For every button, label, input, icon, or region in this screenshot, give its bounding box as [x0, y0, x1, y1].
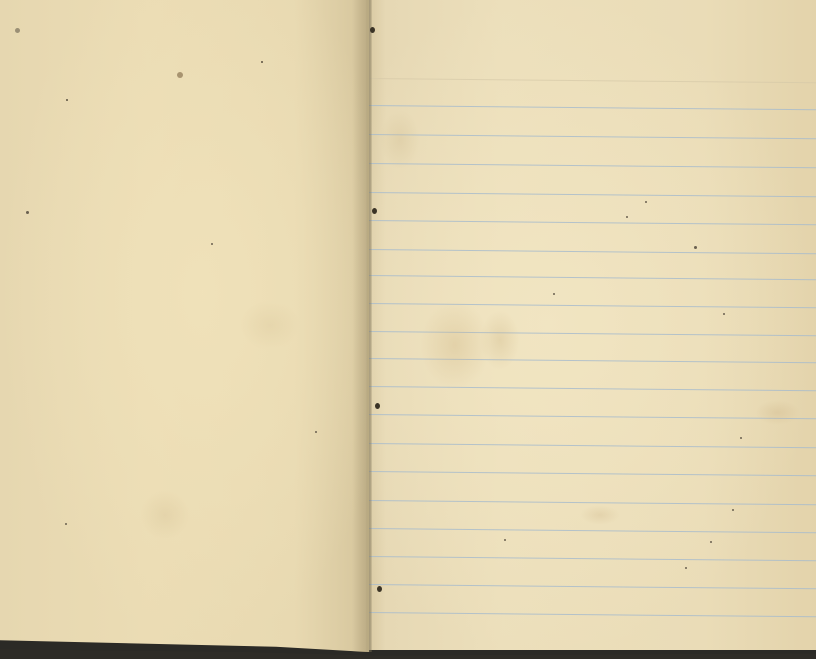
binding-hole: [370, 27, 375, 33]
speck: [261, 61, 263, 63]
ruled-line: [368, 275, 816, 280]
ruled-line: [368, 414, 816, 419]
speck: [15, 28, 20, 33]
speck: [504, 539, 506, 541]
gutter-shadow: [352, 0, 372, 652]
ruled-line: [368, 443, 816, 448]
notebook-spread: [0, 0, 816, 659]
ruled-line: [368, 584, 816, 589]
speck: [694, 246, 697, 249]
ruled-line: [368, 556, 816, 561]
ruled-line: [368, 78, 816, 83]
ruled-line: [368, 500, 816, 505]
stain: [480, 310, 520, 370]
speck: [626, 216, 628, 218]
stain: [140, 490, 190, 540]
speck: [66, 99, 68, 101]
speck: [645, 201, 647, 203]
left-page: [0, 0, 368, 652]
speck: [26, 211, 29, 214]
speck: [211, 243, 213, 245]
speck: [723, 313, 725, 315]
page-edge: [367, 0, 369, 652]
speck: [710, 541, 712, 543]
ruled-line: [368, 192, 816, 197]
ruled-line: [368, 163, 816, 168]
ruled-line: [368, 249, 816, 254]
stain: [755, 400, 800, 425]
binding-hole: [375, 403, 380, 409]
speck: [732, 509, 734, 511]
ruled-line: [368, 528, 816, 533]
ruled-line: [368, 386, 816, 391]
stain: [240, 300, 300, 350]
binding-hole: [372, 208, 377, 214]
ruled-line: [368, 134, 816, 139]
stain: [380, 110, 420, 170]
ruled-line: [368, 105, 816, 110]
ruled-line: [368, 220, 816, 225]
ruled-line: [368, 471, 816, 476]
speck: [740, 437, 742, 439]
speck: [177, 72, 183, 78]
speck: [685, 567, 687, 569]
speck: [65, 523, 67, 525]
speck: [553, 293, 555, 295]
binding-hole: [377, 586, 382, 592]
ruled-line: [368, 612, 816, 617]
stain: [580, 505, 620, 525]
